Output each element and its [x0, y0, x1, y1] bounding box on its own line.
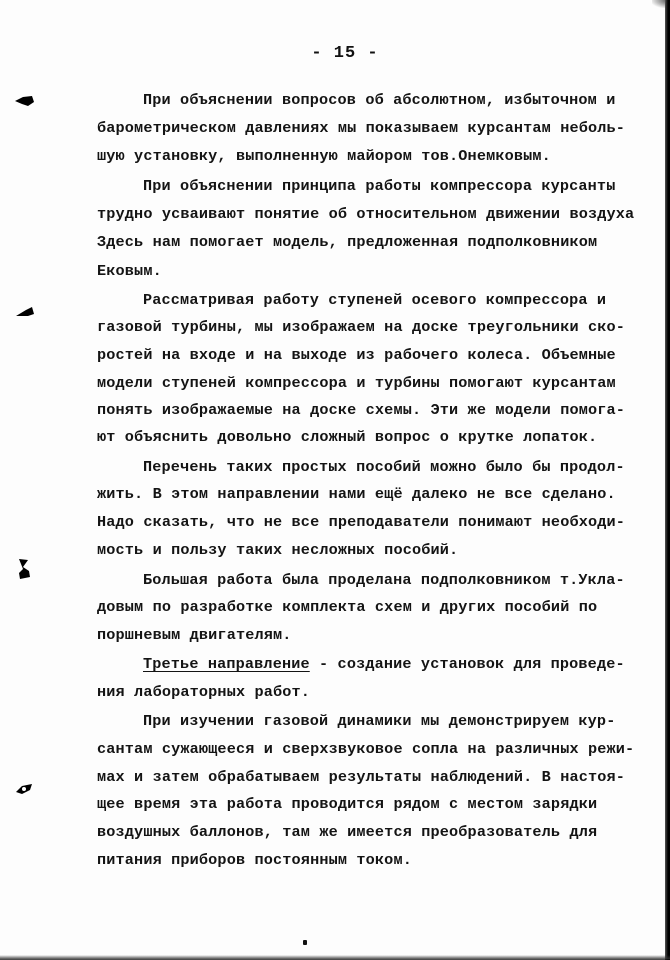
text-line: сантам сужающееся и сверхзвуковое сопла … — [97, 739, 634, 759]
text-line: трудно усваивают понятие об относительно… — [97, 204, 634, 224]
page-number: - 15 - — [0, 44, 670, 63]
text-line: Перечень таких простых пособий можно был… — [143, 457, 625, 477]
text-line: Рассматривая работу ступеней осевого ком… — [143, 290, 606, 310]
text-line: ют объяснить довольно сложный вопрос о к… — [97, 427, 597, 447]
text-line: Здесь нам помогает модель, предложенная … — [97, 232, 597, 252]
text-line: ростей на входе и на выходе из рабочего … — [97, 345, 616, 365]
text-line: ния лабораторных работ. — [97, 682, 310, 702]
text-line: При изучении газовой динамики мы демонст… — [143, 711, 615, 731]
text-line: Надо сказать, что не все преподаватели п… — [97, 512, 625, 532]
text-line: газовой турбины, мы изображаем на доске … — [97, 317, 625, 337]
binding-hole-mark-icon — [14, 304, 36, 318]
text-line: При объяснении принципа работы компрессо… — [143, 176, 615, 196]
text-line: При объяснении вопросов об абсолютном, и… — [143, 90, 615, 110]
text-line: Третье направление - создание установок … — [143, 654, 625, 674]
text-line: поршневым двигателям. — [97, 625, 292, 645]
text-line: мость и пользу таких несложных пособий. — [97, 540, 458, 560]
text-line: модели ступеней компрессора и турбины по… — [97, 373, 616, 393]
text-line: шую установку, выполненную майором тов.О… — [97, 146, 551, 166]
text-line: питания приборов постоянным током. — [97, 850, 412, 870]
binding-hole-mark-icon — [14, 782, 36, 796]
document-page: - 15 - При объяснении вопросов об абсолю… — [0, 0, 670, 960]
text-line: довым по разработке комплекта схем и дру… — [97, 597, 597, 617]
binding-hole-mark-icon — [14, 94, 36, 108]
text-line: мах и затем обрабатываем результаты набл… — [97, 767, 625, 787]
section-heading: Третье направление — [143, 655, 310, 673]
text-line: жить. В этом направлении нами ещё далеко… — [97, 484, 616, 504]
text-line: воздушных баллонов, там же имеется преоб… — [97, 822, 597, 842]
text-line: щее время эта работа проводится рядом с … — [97, 794, 597, 814]
text-line: Ековым. — [97, 261, 162, 281]
binding-hole-mark-icon — [14, 557, 36, 583]
scan-edge-bottom — [0, 955, 670, 960]
text-line: понять изображаемые на доске схемы. Эти … — [97, 400, 625, 420]
scan-speck — [303, 940, 307, 945]
scan-edge-right — [665, 0, 670, 960]
text-line: барометрическом давлениях мы показываем … — [97, 118, 625, 138]
text-line: Большая работа была проделана подполковн… — [143, 570, 625, 590]
text-fragment: - создание установок для проведе- — [310, 655, 625, 673]
